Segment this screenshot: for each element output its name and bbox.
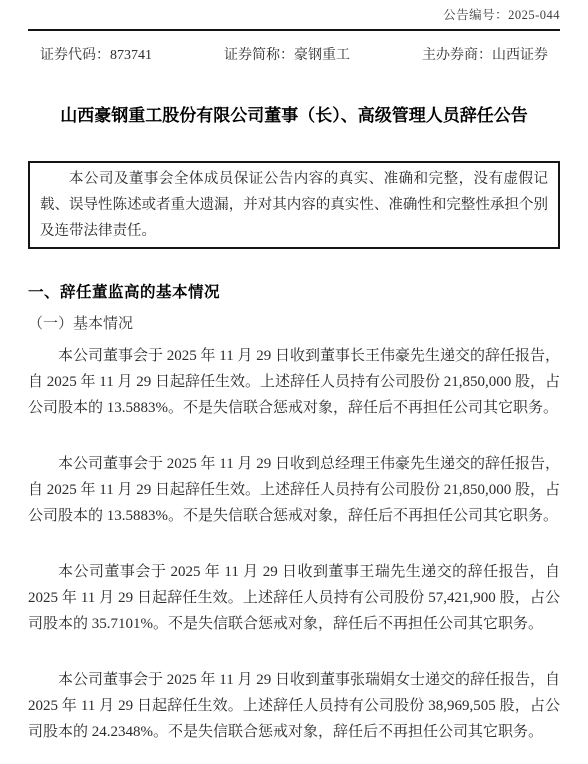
security-info-row: 证券代码：873741 证券简称：豪钢重工 主办券商：山西证券 bbox=[28, 46, 560, 66]
stock-code-label: 证券代码： bbox=[40, 48, 110, 63]
paragraph-resignation-general-manager: 本公司董事会于 2025 年 11 月 29 日收到总经理王伟豪先生递交的辞任报… bbox=[28, 451, 560, 529]
document-page: 公告编号：2025-044 证券代码：873741 证券简称：豪钢重工 主办券商… bbox=[0, 0, 588, 764]
stock-short-name: 证券简称：豪钢重工 bbox=[224, 46, 350, 66]
section-heading: 一、辞任董监高的基本情况 bbox=[28, 280, 560, 306]
paragraph-resignation-director-zhangruijuan: 本公司董事会于 2025 年 11 月 29 日收到董事张瑞娟女士递交的辞任报告… bbox=[28, 667, 560, 745]
subsection-heading: （一）基本情况 bbox=[28, 311, 560, 337]
stock-code: 证券代码：873741 bbox=[40, 46, 152, 66]
stock-code-value: 873741 bbox=[110, 48, 152, 63]
page-title: 山西豪钢重工股份有限公司董事（长）、高级管理人员辞任公告 bbox=[58, 97, 530, 134]
sponsor-broker-label: 主办券商： bbox=[422, 48, 492, 63]
header-divider bbox=[28, 29, 560, 31]
stock-short-name-label: 证券简称： bbox=[224, 48, 294, 63]
declaration-box: 本公司及董事会全体成员保证公告内容的真实、准确和完整，没有虚假记载、误导性陈述或… bbox=[28, 161, 560, 249]
stock-short-name-value: 豪钢重工 bbox=[294, 48, 350, 63]
announcement-number: 公告编号：2025-044 bbox=[28, 7, 560, 24]
paragraph-resignation-director-wangrui: 本公司董事会于 2025 年 11 月 29 日收到董事王瑞先生递交的辞任报告，… bbox=[28, 559, 560, 637]
sponsor-broker-value: 山西证券 bbox=[492, 48, 548, 63]
sponsor-broker: 主办券商：山西证券 bbox=[422, 46, 548, 66]
paragraph-resignation-chairman: 本公司董事会于 2025 年 11 月 29 日收到董事长王伟豪先生递交的辞任报… bbox=[28, 343, 560, 421]
